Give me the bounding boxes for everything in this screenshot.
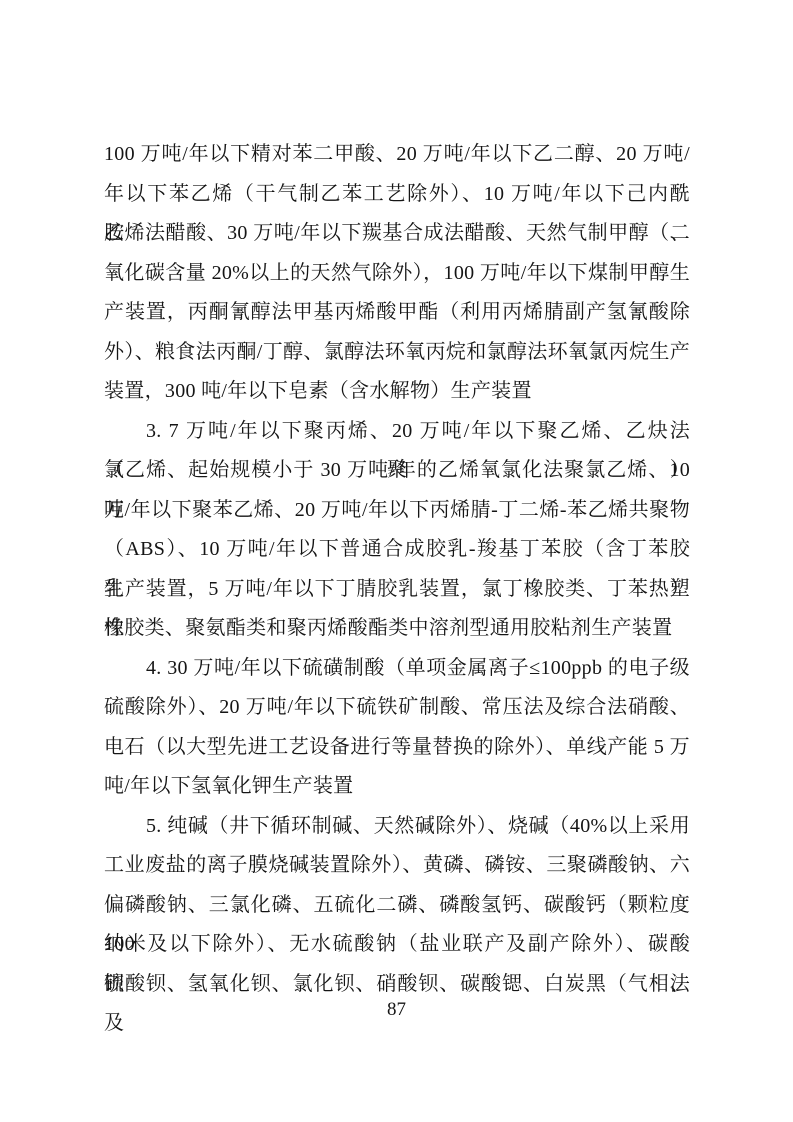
list-item-3: 3. 7 万吨/年以下聚丙烯、20 万吨/年以下聚乙烯、乙炔法（聚） 氯乙烯、起… bbox=[104, 412, 690, 649]
text-line: 硫酸除外）、20 万吨/年以下硫铁矿制酸、常压法及综合法硝酸、 bbox=[104, 688, 690, 728]
text-line: 外）、粮食法丙酮/丁醇、氯醇法环氧丙烷和氯醇法环氧氯丙烷生产 bbox=[104, 333, 690, 373]
text-line: 装置，300 吨/年以下皂素（含水解物）生产装置 bbox=[104, 372, 690, 412]
text-line: 氯乙烯、起始规模小于 30 万吨/年的乙烯氧氯化法聚氯乙烯、10 万 bbox=[104, 451, 690, 491]
text-line: 4. 30 万吨/年以下硫磺制酸（单项金属离子≤100ppb 的电子级 bbox=[104, 649, 690, 689]
text-line: 吨/年以下氢氧化钾生产装置 bbox=[104, 767, 690, 807]
text-line: 偏磷酸钠、三氯化磷、五硫化二磷、磷酸氢钙、碳酸钙（颗粒度 100 bbox=[104, 886, 690, 926]
text-line: 纳米及以下除外）、无水硫酸钠（盐业联产及副产除外）、碳酸钡、 bbox=[104, 925, 690, 965]
text-line: 电石（以大型先进工艺设备进行等量替换的除外）、单线产能 5 万 bbox=[104, 728, 690, 768]
text-line: 5. 纯碱（井下循环制碱、天然碱除外）、烧碱（40%以上采用 bbox=[104, 807, 690, 847]
text-line: 工业废盐的离子膜烧碱装置除外）、黄磷、磷铵、三聚磷酸钠、六 bbox=[104, 846, 690, 886]
text-line: （ABS）、10 万吨/年以下普通合成胶乳-羧基丁苯胶（含丁苯胶乳） bbox=[104, 530, 690, 570]
text-line: 氧化碳含量 20%以上的天然气除外），100 万吨/年以下煤制甲醇生 bbox=[104, 254, 690, 294]
body-text: 100 万吨/年以下精对苯二甲酸、20 万吨/年以下乙二醇、20 万吨/ 年以下… bbox=[104, 135, 690, 1004]
text-line: 吨/年以下聚苯乙烯、20 万吨/年以下丙烯腈-丁二烯-苯乙烯共聚物 bbox=[104, 491, 690, 531]
text-line: 乙烯法醋酸、30 万吨/年以下羰基合成法醋酸、天然气制甲醇（二 bbox=[104, 214, 690, 254]
document-page: 100 万吨/年以下精对苯二甲酸、20 万吨/年以下乙二醇、20 万吨/ 年以下… bbox=[0, 0, 793, 1122]
text-line: 橡胶类、聚氨酯类和聚丙烯酸酯类中溶剂型通用胶粘剂生产装置 bbox=[104, 609, 690, 649]
page-number: 87 bbox=[0, 997, 793, 1023]
paragraph-continuation: 100 万吨/年以下精对苯二甲酸、20 万吨/年以下乙二醇、20 万吨/ 年以下… bbox=[104, 135, 690, 412]
text-line: 100 万吨/年以下精对苯二甲酸、20 万吨/年以下乙二醇、20 万吨/ bbox=[104, 135, 690, 175]
text-line: 生产装置，5 万吨/年以下丁腈胶乳装置，氯丁橡胶类、丁苯热塑性 bbox=[104, 570, 690, 610]
text-line: 年以下苯乙烯（干气制乙苯工艺除外）、10 万吨/年以下己内酰胺、 bbox=[104, 175, 690, 215]
text-line: 3. 7 万吨/年以下聚丙烯、20 万吨/年以下聚乙烯、乙炔法（聚） bbox=[104, 412, 690, 452]
list-item-5: 5. 纯碱（井下循环制碱、天然碱除外）、烧碱（40%以上采用 工业废盐的离子膜烧… bbox=[104, 807, 690, 1005]
list-item-4: 4. 30 万吨/年以下硫磺制酸（单项金属离子≤100ppb 的电子级 硫酸除外… bbox=[104, 649, 690, 807]
text-line: 产装置，丙酮氰醇法甲基丙烯酸甲酯（利用丙烯腈副产氢氰酸除 bbox=[104, 293, 690, 333]
